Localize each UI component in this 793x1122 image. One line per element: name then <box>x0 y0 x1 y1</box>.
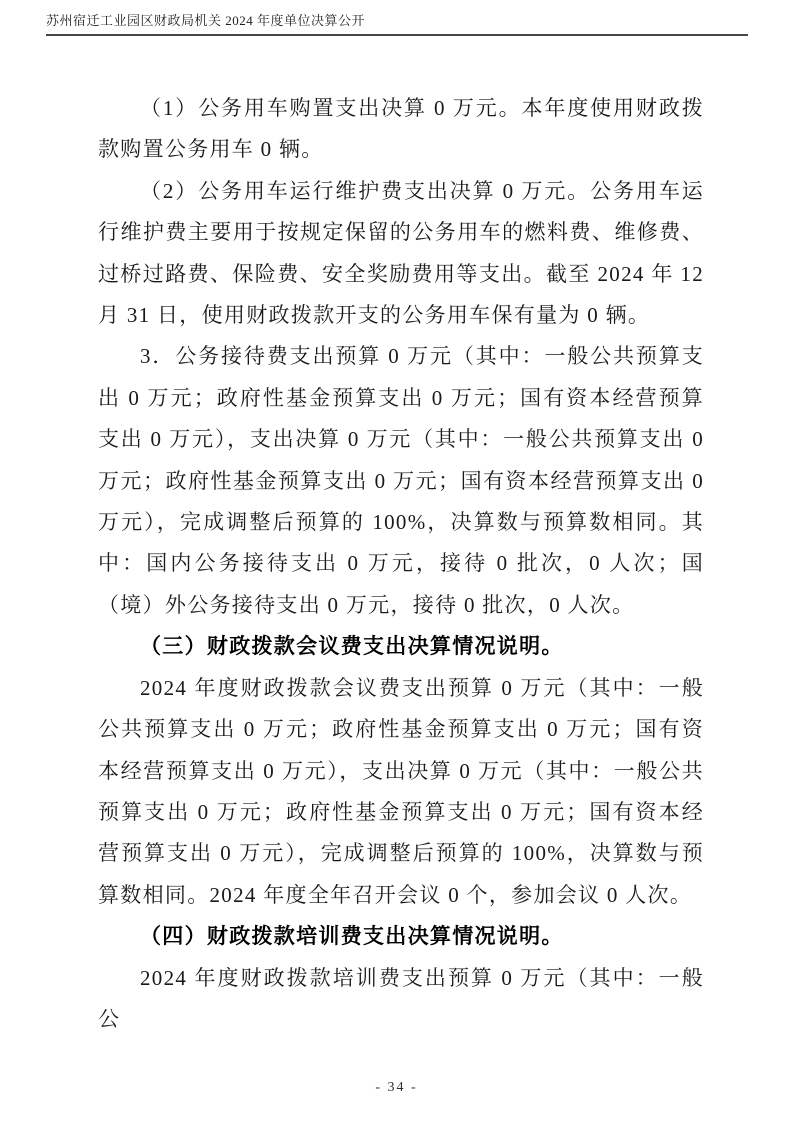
header-title: 苏州宿迁工业园区财政局机关 2024 年度单位决算公开 <box>46 13 365 28</box>
heading-meeting-expense: （三）财政拨款会议费支出决算情况说明。 <box>98 626 704 667</box>
paragraph-meeting-expense: 2024 年度财政拨款会议费支出预算 0 万元（其中：一般公共预算支出 0 万元… <box>98 668 704 916</box>
heading-training-expense: （四）财政拨款培训费支出决算情况说明。 <box>98 916 704 957</box>
page-footer: - 34 - <box>0 1080 793 1096</box>
page-header: 苏州宿迁工业园区财政局机关 2024 年度单位决算公开 <box>46 10 748 36</box>
paragraph-reception-expense: 3．公务接待费支出预算 0 万元（其中：一般公共预算支出 0 万元；政府性基金预… <box>98 336 704 626</box>
paragraph-car-purchase: （1）公务用车购置支出决算 0 万元。本年度使用财政拨款购置公务用车 0 辆。 <box>98 88 704 171</box>
document-page: 苏州宿迁工业园区财政局机关 2024 年度单位决算公开 （1）公务用车购置支出决… <box>0 0 793 1122</box>
paragraph-training-expense: 2024 年度财政拨款培训费支出预算 0 万元（其中：一般公 <box>98 958 704 1041</box>
paragraph-car-operation: （2）公务用车运行维护费支出决算 0 万元。公务用车运行维护费主要用于按规定保留… <box>98 171 704 337</box>
page-number: - 34 - <box>375 1080 417 1095</box>
document-body: （1）公务用车购置支出决算 0 万元。本年度使用财政拨款购置公务用车 0 辆。 … <box>98 88 704 1040</box>
